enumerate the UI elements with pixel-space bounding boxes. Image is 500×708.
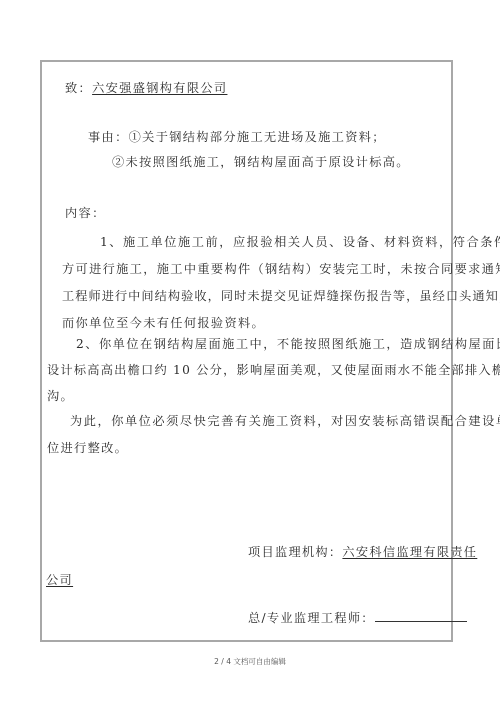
subject-line-2: ②未按照图纸施工，钢结构屋面高于原设计标高。: [112, 154, 410, 170]
paragraph-1-line-3: 工程师进行中间结构验收，同时未提交见证焊缝探伤报告等，虽经口头通知，: [62, 288, 500, 304]
subject-item-1: ①关于钢结构部分施工无进场及施工资料；: [129, 130, 386, 144]
supervisor-org-line-2: 公司: [46, 572, 73, 588]
recipient-label: 致：: [65, 81, 92, 95]
subject-line-1: 事由：①关于钢结构部分施工无进场及施工资料；: [88, 129, 386, 145]
engineer-signature-line: 总/专业监理工程师：: [248, 609, 467, 626]
subject-item-2: ②未按照图纸施工，钢结构屋面高于原设计标高。: [112, 155, 410, 169]
paragraph-3-line-1: 为此，你单位必须尽快完善有关施工资料，对因安装标高错误配合建设单: [70, 413, 500, 429]
recipient-company: 六安强盛钢构有限公司: [92, 81, 227, 95]
paragraph-2-line-1: 2、你单位在钢结构屋面施工中，不能按照图纸施工，造成钢结构屋面比: [76, 336, 500, 352]
paragraph-2-line-2: 设计标高高出檐口约 10 公分，影响屋面美观，又使屋面雨水不能全部排入檐: [47, 362, 500, 378]
paragraph-1-line-4: 而你单位至今未有任何报验资料。: [62, 315, 265, 331]
supervisor-org-line: 项目监理机构：六安科信监理有限责任: [248, 544, 477, 560]
paragraph-1-line-2: 方可进行施工，施工中重要构件（钢结构）安装完工时，未按合同要求通知: [62, 261, 500, 277]
subject-label: 事由：: [88, 130, 129, 144]
paragraph-3-line-2: 位进行整改。: [47, 440, 128, 456]
content-label: 内容：: [65, 205, 106, 221]
recipient-line: 致：六安强盛钢构有限公司: [65, 80, 227, 96]
supervisor-org-name-continued: 公司: [46, 573, 73, 587]
paragraph-1-line-1: 1、施工单位施工前，应报验相关人员、设备、材料资料，符合条件后，: [100, 234, 500, 250]
engineer-signature-field[interactable]: [375, 609, 467, 622]
page-footer: 2 / 4 文档可自由编辑: [0, 656, 500, 667]
paragraph-2-line-3: 沟。: [47, 388, 74, 404]
engineer-label: 总/专业监理工程师：: [248, 611, 375, 625]
supervisor-org-label: 项目监理机构：: [248, 545, 342, 559]
supervisor-org-name: 六安科信监理有限责任: [342, 545, 477, 559]
